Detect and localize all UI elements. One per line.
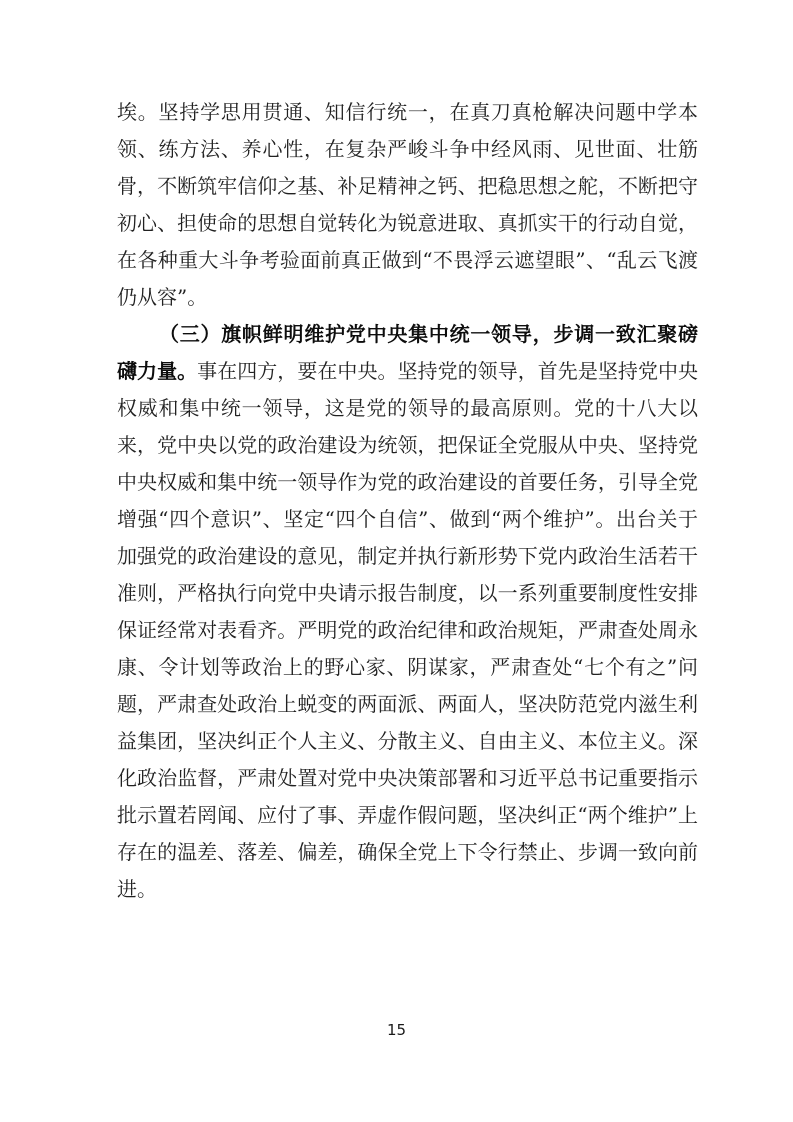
paragraph-continuation: 埃。坚持学思用贯通、知信行统一，在真刀真枪解决问题中学本领、练方法、养心性，在复… (117, 94, 698, 316)
paragraph-continuation-text: 埃。坚持学思用贯通、知信行统一，在真刀真枪解决问题中学本领、练方法、养心性，在复… (117, 100, 698, 309)
text-block: 埃。坚持学思用贯通、知信行统一，在真刀真枪解决问题中学本领、练方法、养心性，在复… (117, 94, 698, 908)
page-number: 15 (0, 1020, 793, 1040)
paragraph-section-three: （三）旗帜鲜明维护党中央集中统一领导，步调一致汇聚磅礴力量。事在四方，要在中央。… (117, 316, 698, 908)
document-page: 埃。坚持学思用贯通、知信行统一，在真刀真枪解决问题中学本领、练方法、养心性，在复… (0, 0, 793, 1122)
section-three-body-text: 事在四方，要在中央。坚持党的领导，首先是坚持党中央权威和集中统一领导，这是党的领… (117, 359, 698, 901)
